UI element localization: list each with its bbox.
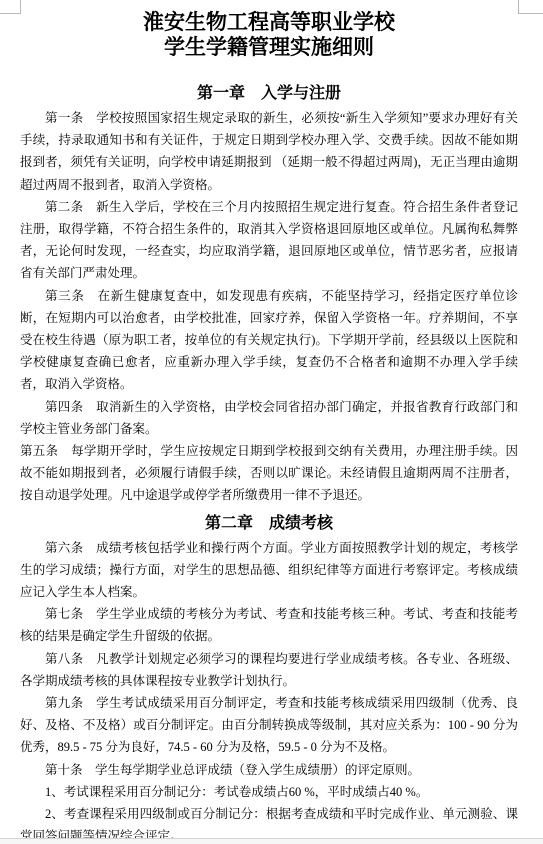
document-page: 淮安生物工程高等职业学校 学生学籍管理实施细则 第一章 入学与注册 第一条 学校… [0, 0, 543, 844]
chapter-2-heading: 第二章 成绩考核 [20, 514, 518, 533]
chapter-1-heading: 第一章 入学与注册 [20, 84, 518, 103]
article-10-paragraph: 第十条 学生每学期学业总评成绩（登入学生成绩册）的评定原则。 [20, 759, 518, 781]
article-10-item-1: 1、考试课程采用百分制记分：考试卷成绩占60 %，平时成绩占40 %。 [20, 781, 518, 803]
article-9-paragraph: 第九条 学生考试成绩采用百分制评定，考查和技能考核成绩采用四级制（优秀、良好、及… [20, 692, 518, 759]
document-title: 淮安生物工程高等职业学校 学生学籍管理实施细则 [20, 10, 518, 60]
article-2-paragraph: 第二条 新生入学后，学校在三个月内按照招生规定进行复查。符合招生条件者登记注册，… [20, 196, 518, 285]
document-body: 第一章 入学与注册 第一条 学校按照国家招生规定录取的新生，必须按“新生入学须知… [20, 84, 518, 844]
text-boundary-corner-left [0, 0, 21, 14]
article-4-paragraph: 第四条 取消新生的入学资格，由学校会同省招办部门确定，并报省教育行政部门和学校主… [20, 396, 518, 440]
text-boundary-corner-right [518, 0, 543, 14]
article-6-paragraph: 第六条 成绩考核包括学业和操行两个方面。学业方面按照教学计划的规定，考核学生的学… [20, 537, 518, 604]
page-edge-bottom [0, 838, 543, 844]
article-7-paragraph: 第七条 学生学业成绩的考核分为考试、考查和技能考核三种。考试、考查和技能考核的结… [20, 603, 518, 647]
article-5-paragraph: 第五条 每学期开学时，学生应按规定日期到学校报到交纳有关费用，办理注册手续。因故… [20, 440, 518, 507]
article-3-paragraph: 第三条 在新生健康复查中，如发现患有疾病，不能坚持学习，经指定医疗单位诊断，在短… [20, 285, 518, 396]
document-title-line-2: 学生学籍管理实施细则 [20, 35, 518, 60]
article-8-paragraph: 第八条 凡教学计划规定必须学习的课程均要进行学业成绩考核。各专业、各班级、各学期… [20, 648, 518, 692]
article-1-paragraph: 第一条 学校按照国家招生规定录取的新生，必须按“新生入学须知”要求办理好有关手续… [20, 107, 518, 196]
document-title-line-1: 淮安生物工程高等职业学校 [20, 10, 518, 35]
document-content: 淮安生物工程高等职业学校 学生学籍管理实施细则 第一章 入学与注册 第一条 学校… [20, 0, 518, 844]
